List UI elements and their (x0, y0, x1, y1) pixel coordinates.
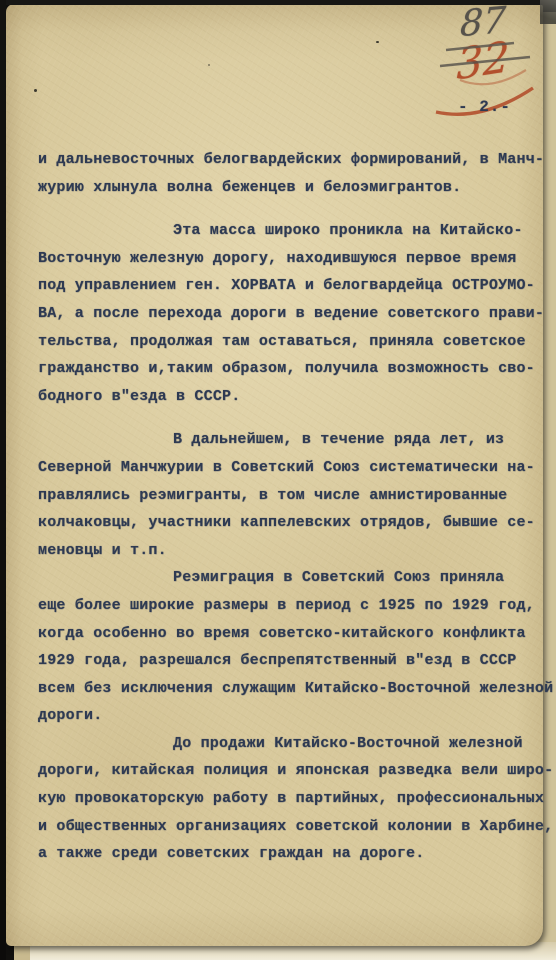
ink-speck (208, 64, 210, 66)
text-line: под управлением ген. ХОРВАТА и белогвард… (38, 272, 540, 300)
text-line: еще более широкие размеры в период с 192… (38, 592, 540, 620)
paragraph: и дальневосточных белогвардейских формир… (38, 146, 540, 201)
text-line: бодного в"езда в СССР. (38, 383, 540, 411)
text-line: гражданство и,таким образом, получила во… (38, 355, 540, 383)
text-line: журию хлынула волна беженцев и белоэмигр… (38, 174, 540, 202)
ink-speck (376, 41, 379, 43)
scanned-document-photo: 87 32 - 2.- и дальневосточных белогварде… (0, 0, 556, 960)
text-line: меновцы и т.п. (38, 537, 540, 565)
text-line: дороги. (38, 702, 540, 730)
paragraph: В дальнейшем, в течение ряда лет, изСеве… (38, 426, 540, 564)
photo-border-left (0, 0, 6, 960)
text-line: тельства, продолжая там оставаться, прин… (38, 328, 540, 356)
text-line: а также среди советских граждан на дорог… (38, 840, 540, 868)
text-line: Северной Манчжурии в Советский Союз сист… (38, 454, 540, 482)
paragraph: До продажи Китайско-Восточной железнойдо… (38, 730, 540, 868)
text-line: колчаковцы, участники каппелевских отряд… (38, 509, 540, 537)
text-line: и общественных организациях советской ко… (38, 813, 540, 841)
text-line: когда особенно во время советско-китайск… (38, 620, 540, 648)
text-line: правлялись реэмигранты, в том числе амни… (38, 482, 540, 510)
typewritten-text: и дальневосточных белогвардейских формир… (38, 146, 540, 868)
text-line: кую провокаторскую работу в партийных, п… (38, 785, 540, 813)
text-line: всем без исключения служащим Китайско-Во… (38, 675, 540, 703)
text-line: ВА, а после перехода дороги в ведение со… (38, 300, 540, 328)
text-line: Восточную железную дорогу, находившуюся … (38, 245, 540, 273)
paragraph: Эта масса широко проникла на Китайско-Во… (38, 217, 540, 410)
text-line: 1929 года, разрешался беспрепятственный … (38, 647, 540, 675)
text-line: и дальневосточных белогвардейских формир… (38, 146, 540, 174)
photo-corner-shadow (540, 0, 556, 24)
text-line: Эта масса широко проникла на Китайско- (38, 217, 540, 245)
text-line: До продажи Китайско-Восточной железной (38, 730, 540, 758)
text-line: Реэмиграция в Советский Союз приняла (38, 564, 540, 592)
text-line: В дальнейшем, в течение ряда лет, из (38, 426, 540, 454)
ink-speck (34, 89, 37, 92)
text-line: дороги, китайская полиция и японская раз… (38, 757, 540, 785)
paragraph: Реэмиграция в Советский Союз принялаеще … (38, 564, 540, 730)
page-number: - 2.- (458, 98, 511, 116)
